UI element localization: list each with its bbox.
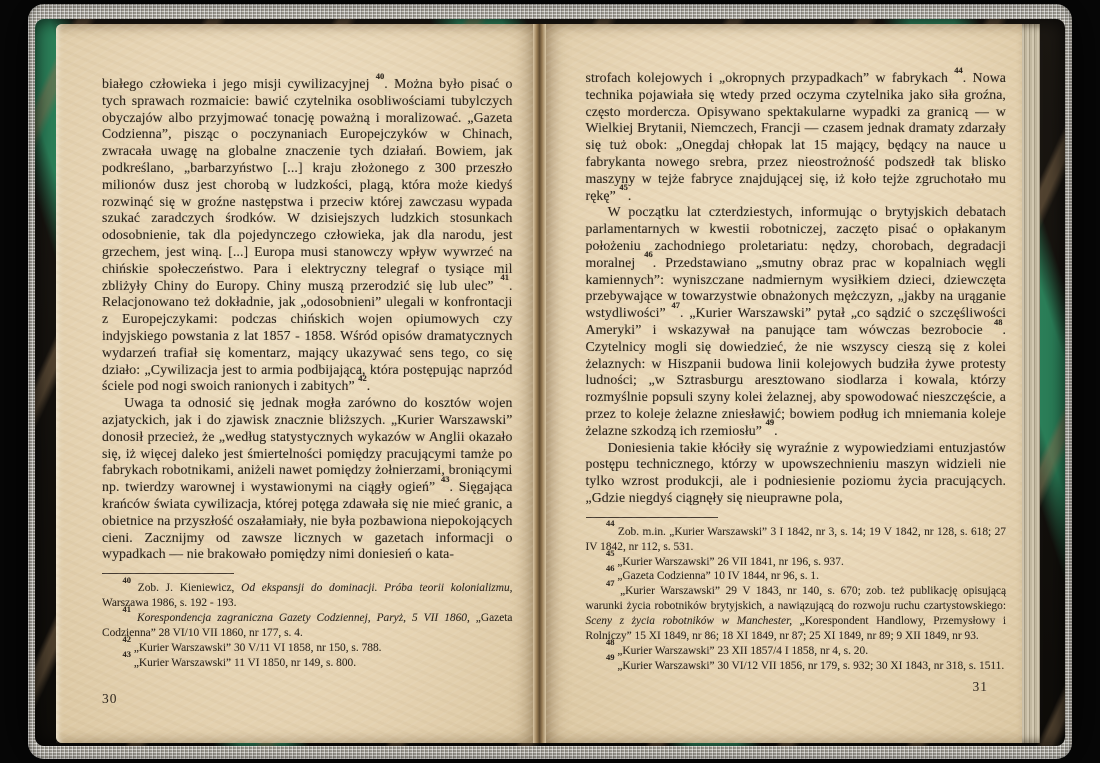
left-page-footnotes: 40 Zob. J. Kieniewicz, Od ekspansji do d… bbox=[102, 581, 513, 670]
footnote-reference: 44 bbox=[954, 65, 963, 75]
left-page-content: białego człowieka i jego misji cywilizac… bbox=[56, 24, 533, 743]
footnote-text: 46 „Gazeta Codzienna” 10 IV 1844, nr 96,… bbox=[606, 570, 819, 582]
footnote-text: 47 „Kurier Warszawski” 29 V 1843, nr 140… bbox=[586, 585, 1007, 612]
footnote-reference: 42 bbox=[358, 373, 367, 383]
footnote-separator bbox=[102, 573, 234, 574]
open-pages: białego człowieka i jego misji cywilizac… bbox=[56, 24, 1040, 743]
footnote-reference: 49 bbox=[766, 417, 775, 427]
book: białego człowieka i jego misji cywilizac… bbox=[28, 4, 1072, 759]
footnote-text: 41 bbox=[123, 612, 137, 624]
footnote: 43 „Kurier Warszawski” 11 VI 1850, nr 14… bbox=[102, 656, 513, 671]
right-page: strofach kolejowych i „okropnych przypad… bbox=[546, 24, 1023, 743]
book-gutter bbox=[533, 24, 546, 743]
footnote: 40 Zob. J. Kieniewicz, Od ekspansji do d… bbox=[102, 581, 513, 611]
footnote-reference: 41 bbox=[500, 272, 509, 282]
footnote-text: 49 „Kurier Warszawski” 30 VI/12 VII 1856… bbox=[606, 660, 1004, 672]
footnote-reference: 40 bbox=[376, 71, 385, 81]
footnote-reference: 45 bbox=[619, 182, 628, 192]
footnote: 48 „Kurier Warszawski” 23 XII 1857/4 I 1… bbox=[586, 644, 1007, 659]
footnote-text: 44 Zob. m.in. „Kurier Warszawski” 3 I 18… bbox=[586, 526, 1007, 553]
right-page-footnotes: 44 Zob. m.in. „Kurier Warszawski” 3 I 18… bbox=[586, 525, 1007, 674]
footnote: 44 Zob. m.in. „Kurier Warszawski” 3 I 18… bbox=[586, 525, 1007, 555]
paragraph: W początku lat czterdziestych, informują… bbox=[586, 204, 1007, 439]
footnote-reference: 47 bbox=[606, 578, 615, 588]
page-fore-edges bbox=[1022, 24, 1040, 743]
paragraph: Doniesienia takie kłóciły się wyraźnie z… bbox=[586, 440, 1007, 507]
right-page-content: strofach kolejowych i „okropnych przypad… bbox=[546, 24, 1023, 743]
paragraph: białego człowieka i jego misji cywilizac… bbox=[102, 76, 513, 395]
footnote-reference: 48 bbox=[606, 637, 615, 647]
footnote-reference: 40 bbox=[123, 575, 132, 585]
paragraph: strofach kolejowych i „okropnych przypad… bbox=[586, 70, 1007, 204]
footnote: 47 „Kurier Warszawski” 29 V 1843, nr 140… bbox=[586, 584, 1007, 644]
footnote-reference: 44 bbox=[606, 518, 615, 528]
footnote-reference: 46 bbox=[644, 249, 653, 259]
footnote-reference: 46 bbox=[606, 563, 615, 573]
footnote-reference: 45 bbox=[606, 548, 615, 558]
footnote: 45 „Kurier Warszawski” 26 VII 1841, nr 1… bbox=[586, 555, 1007, 570]
footnote-text: 42 „Kurier Warszawski” 30 V/11 VI 1858, … bbox=[123, 642, 382, 654]
footnote-reference: 43 bbox=[441, 474, 450, 484]
footnote-reference: 41 bbox=[123, 604, 132, 614]
footnote-reference: 42 bbox=[123, 634, 132, 644]
footnote: 49 „Kurier Warszawski” 30 VI/12 VII 1856… bbox=[586, 659, 1007, 674]
footnote-reference: 43 bbox=[123, 649, 132, 659]
footnote-text: 45 „Kurier Warszawski” 26 VII 1841, nr 1… bbox=[606, 556, 844, 568]
page-number-right: 31 bbox=[973, 679, 989, 695]
footnote-text: 43 „Kurier Warszawski” 11 VI 1850, nr 14… bbox=[123, 657, 357, 669]
footnote-text: 48 „Kurier Warszawski” 23 XII 1857/4 I 1… bbox=[606, 645, 868, 657]
left-page: białego człowieka i jego misji cywilizac… bbox=[56, 24, 533, 743]
left-page-body-text: białego człowieka i jego misji cywilizac… bbox=[102, 76, 513, 563]
right-page-body-text: strofach kolejowych i „okropnych przypad… bbox=[586, 70, 1007, 507]
photo-background: białego człowieka i jego misji cywilizac… bbox=[0, 0, 1100, 763]
footnote: 42 „Kurier Warszawski” 30 V/11 VI 1858, … bbox=[102, 641, 513, 656]
cited-title: Korespondencja zagraniczna Gazety Codzie… bbox=[137, 612, 470, 624]
footnote: 46 „Gazeta Codzienna” 10 IV 1844, nr 96,… bbox=[586, 569, 1007, 584]
footnote-reference: 47 bbox=[672, 300, 681, 310]
page-number-left: 30 bbox=[102, 691, 118, 707]
paragraph: Uwaga ta odnosić się jednak mogła zarówn… bbox=[102, 395, 513, 563]
footnote-text: 40 Zob. J. Kieniewicz, bbox=[123, 582, 242, 594]
footnote-reference: 49 bbox=[606, 652, 615, 662]
cited-title: Od ekspansji do dominacji. Próba teorii … bbox=[241, 582, 512, 594]
cited-title: Sceny z życia robotników w Manchester, bbox=[586, 615, 793, 627]
footnote: 41 Korespondencja zagraniczna Gazety Cod… bbox=[102, 611, 513, 641]
footnote-reference: 48 bbox=[994, 317, 1003, 327]
